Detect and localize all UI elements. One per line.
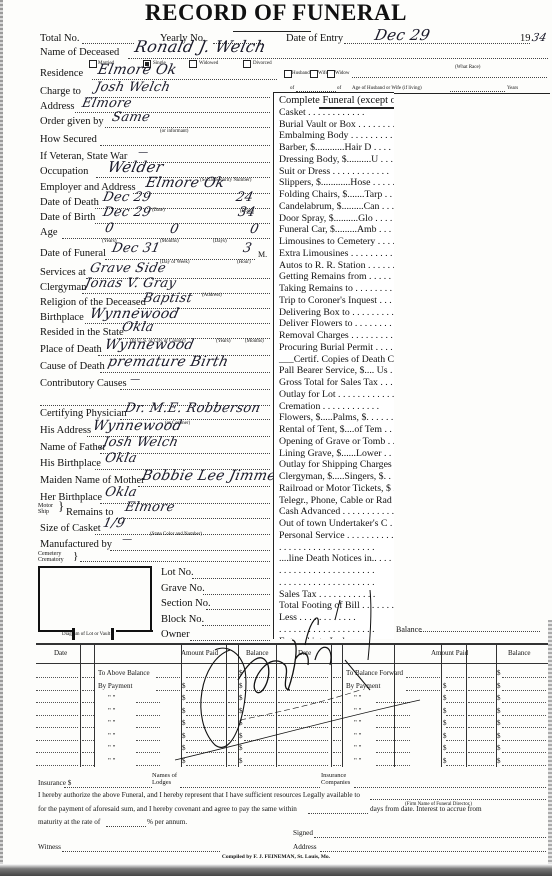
ledger-right-row-label: " ": [354, 744, 361, 752]
ledger-left-balance-currency: $: [239, 707, 243, 715]
charge-item: Candelabrum, $.........Can . . . . . . .…: [279, 201, 394, 212]
ledger-entry-field[interactable]: [446, 764, 464, 766]
contributory-field[interactable]: [120, 388, 270, 390]
ledger-entry-field[interactable]: [468, 714, 494, 716]
his-birthplace-value[interactable]: Okla: [104, 452, 139, 466]
ledger-entry-field[interactable]: [376, 701, 410, 703]
days-field[interactable]: [308, 812, 368, 814]
witness-label: Witness: [38, 843, 61, 852]
charge-item: Personal Service . . . . . . . . . . . .: [279, 530, 394, 541]
ledger-entry-field[interactable]: [244, 701, 274, 703]
charge-item: Barber, $............Hair D . . . . . . …: [279, 142, 394, 153]
ledger-entry-field[interactable]: [36, 689, 78, 691]
charge-item: Taking Remains to . . . . . . . . . . . …: [279, 283, 394, 294]
ledger-right-row-label: " ": [354, 694, 361, 702]
informant-note: (or informant): [160, 129, 188, 135]
resided-months-note: (Months): [245, 339, 264, 345]
order-given-by-value[interactable]: Same: [111, 111, 152, 125]
ledger-left-amount-currency: $: [182, 694, 186, 702]
scan-edge-left: [0, 0, 3, 876]
ledger-entry-field[interactable]: [136, 714, 160, 716]
date-of-birth-year[interactable]: 34: [237, 206, 257, 220]
ledger-left-amount-header: Amount Paid: [181, 649, 218, 657]
ledger-right-row-label: " ": [354, 707, 361, 715]
charge-item: Removal Charges . . . . . . . . . . . .: [279, 330, 394, 341]
ledger-entry-field[interactable]: [278, 676, 328, 678]
cause-of-death-label: Cause of Death: [40, 361, 105, 373]
charge-item: Extra Limousines . . . . . . . . . . . .: [279, 248, 394, 259]
ledger-entry-field[interactable]: [278, 764, 328, 766]
charge-item: Funeral Car, $.........Amb . . . . . . .…: [279, 224, 394, 235]
address-label: Address: [40, 101, 74, 113]
year-value[interactable]: 34: [531, 31, 549, 45]
lot-diagram-box: [38, 566, 152, 632]
ledger-entry-field[interactable]: [156, 676, 180, 678]
ledger-entry-field[interactable]: [468, 676, 494, 678]
ledger-entry-field[interactable]: [333, 764, 341, 766]
ledger-entry-field[interactable]: [333, 701, 341, 703]
ledger-entry-field[interactable]: [376, 764, 410, 766]
charge-item: Dressing Body, $..........U . . . . . . …: [279, 154, 394, 165]
ledger-entry-field[interactable]: [376, 739, 410, 741]
ledger-entry-field[interactable]: [446, 726, 464, 728]
ledger-entry-field[interactable]: [244, 764, 274, 766]
husband-label: Husband: [292, 71, 310, 77]
ledger-entry-field[interactable]: [82, 751, 94, 753]
ledger-entry-field[interactable]: [136, 751, 160, 753]
address-field[interactable]: [75, 111, 270, 113]
ledger-entry-field[interactable]: [82, 701, 94, 703]
balance-field[interactable]: [420, 630, 540, 632]
insurance-companies-label: Insurance Companies: [321, 772, 350, 786]
charge-item: Procuring Burial Permit . . . . . . . . …: [279, 342, 394, 353]
ledger-left-row-label: " ": [108, 757, 115, 765]
date-of-funeral-hour[interactable]: 3: [242, 242, 254, 256]
date-of-birth-label: Date of Birth: [40, 212, 95, 224]
ledger-entry-field[interactable]: [333, 751, 341, 753]
compiled-by: Compiled by F. J. FEINEMAN, St. Louis, M…: [0, 853, 552, 862]
employer-value[interactable]: Elmore Ok: [145, 176, 226, 190]
grave-no-label: Grave No.: [161, 583, 205, 595]
charge-item: Less . . . . . . . . . . . .: [279, 612, 356, 623]
charge-to-label: Charge to: [40, 86, 81, 98]
ledger-right-row-label: " ": [354, 719, 361, 727]
ledger-entry-field[interactable]: [82, 689, 94, 691]
ledger-entry-field[interactable]: [156, 689, 180, 691]
ledger-entry-field[interactable]: [502, 714, 546, 716]
ledger-entry-field[interactable]: [136, 701, 160, 703]
charge-item: Gross Total for Sales Tax . . . . . . . …: [279, 377, 394, 388]
charge-item: Slippers, $............Hose . . . . . . …: [279, 177, 394, 188]
ledger-entry-field[interactable]: [36, 726, 78, 728]
charge-item: Pall Bearer Service, $.... Us . . . . . …: [279, 365, 394, 376]
ledger-left-row-label: " ": [108, 694, 115, 702]
ledger-entry-field[interactable]: [228, 676, 236, 678]
charge-item: Getting Remains from . . . . . . . . . .…: [279, 271, 394, 282]
ledger-left-date-header: Date: [54, 649, 67, 657]
ledger-entry-field[interactable]: [36, 739, 78, 741]
ledger-entry-field[interactable]: [244, 714, 274, 716]
services-at-value[interactable]: Grave Side: [89, 262, 168, 276]
ledger-entry-field[interactable]: [468, 764, 494, 766]
ledger-entry-field[interactable]: [228, 701, 236, 703]
birthplace-label: Birthplace: [40, 312, 84, 324]
funeral-record-page: RECORD OF FUNERAL Total No. Yearly No. D…: [0, 0, 552, 876]
ledger-entry-field[interactable]: [186, 739, 224, 741]
lot-no-field[interactable]: [192, 577, 270, 579]
divorced-checkbox[interactable]: [243, 60, 251, 68]
ledger-entry-field[interactable]: [376, 726, 410, 728]
diagram-label: Diagram of Lot or Vault: [62, 632, 110, 638]
date-of-entry-label: Date of Entry: [286, 33, 343, 45]
casket-note: (State Color and Number): [150, 532, 202, 538]
physician-value[interactable]: Dr. M.E. Robberson: [124, 402, 262, 416]
ledger-left-amount-currency: $: [182, 757, 186, 765]
ledger-entry-field[interactable]: [244, 751, 274, 753]
date-of-entry-value[interactable]: Dec 29: [374, 28, 432, 42]
residence-value[interactable]: Elmore Ok: [97, 63, 178, 77]
ledger-entry-field[interactable]: [278, 739, 328, 741]
date-of-death-label: Date of Death: [40, 197, 99, 209]
contributory-value[interactable]: —: [129, 373, 142, 387]
charge-item: Rental of Tent, $....of Tem . . . . . . …: [279, 424, 394, 435]
ledger-right-balance-currency: $: [497, 707, 501, 715]
ledger-entry-field[interactable]: [406, 676, 440, 678]
charge-item: Entered into Ledger, page......or below.…: [279, 636, 394, 640]
motor-ship-label: Motor Ship: [38, 503, 53, 515]
witness-field[interactable]: [62, 850, 220, 852]
age-days-value[interactable]: 0: [249, 223, 261, 237]
insurance-field[interactable]: [64, 786, 152, 788]
ledger-entry-field[interactable]: [36, 764, 78, 766]
charge-item: Outlay for Shipping Charges . . . . . . …: [279, 459, 394, 470]
ledger-entry-field[interactable]: [278, 701, 328, 703]
ledger-entry-field[interactable]: [446, 714, 464, 716]
maturity-text: maturity at the rate of: [38, 818, 100, 827]
grave-no-field[interactable]: [203, 593, 270, 595]
balance-label: Balance: [396, 624, 422, 636]
ledger-entry-field[interactable]: [136, 739, 160, 741]
ledger-left-amount-currency: $: [182, 732, 186, 740]
cemetery-brace: }: [73, 550, 78, 562]
her-birthplace-value[interactable]: Okla: [104, 486, 139, 500]
scan-edge-right: [548, 620, 552, 876]
ledger-entry-field[interactable]: [502, 751, 546, 753]
signed-field[interactable]: [314, 836, 546, 838]
name-of-deceased-field[interactable]: [128, 57, 548, 59]
ledger-entry-field[interactable]: [333, 739, 341, 741]
ledger-entry-field[interactable]: [278, 689, 328, 691]
ledger-right-balance-currency: $: [497, 669, 501, 677]
hour-note-2: (Hour): [237, 260, 251, 266]
ledger-entry-field[interactable]: [468, 689, 494, 691]
cemetery-field[interactable]: [80, 560, 270, 562]
order-given-by-field[interactable]: [105, 126, 270, 128]
days-text: days from date. Interest to accrue from: [370, 805, 482, 814]
ledger-entry-field[interactable]: [446, 701, 464, 703]
ledger-entry-field[interactable]: [186, 726, 224, 728]
ledger-entry-field[interactable]: [186, 689, 224, 691]
ledger-right-row-label: By Payment: [346, 682, 380, 690]
name-of-deceased-label: Name of Deceased: [40, 47, 119, 59]
date-of-birth-field[interactable]: [95, 222, 270, 224]
charge-to-value[interactable]: Josh Welch: [94, 81, 172, 95]
widow-checkbox[interactable]: [327, 70, 335, 78]
ledger-entry-field[interactable]: [333, 689, 341, 691]
charges-panel: Complete Funeral (except outlCasket . . …: [273, 92, 394, 639]
date-note: (Date): [152, 208, 165, 214]
ledger-entry-field[interactable]: [446, 739, 464, 741]
widow-label: Widow: [335, 71, 350, 77]
his-address-label: His Address: [40, 425, 91, 437]
ledger-entry-field[interactable]: [446, 689, 464, 691]
ledger-entry-field[interactable]: [333, 714, 341, 716]
ledger-left-amount-currency: $: [182, 682, 186, 690]
charge-item: Flowers, $.....Palms, $. . . . . . . . .…: [279, 412, 394, 423]
charge-item: Telegr., Phone, Cable or Rad . . . . . .…: [279, 495, 394, 506]
ledger-entry-field[interactable]: [502, 689, 546, 691]
date-of-funeral-label: Date of Funeral: [40, 248, 106, 260]
authorize-text: I hereby authorize the above Funeral, an…: [38, 791, 360, 800]
lodges-field[interactable]: [180, 786, 320, 788]
ledger-entry-field[interactable]: [468, 739, 494, 741]
ledger-entry-field[interactable]: [36, 701, 78, 703]
charge-item: . . . . . . . . . . . . . . . . . . . .: [279, 542, 375, 553]
ledger-entry-field[interactable]: [278, 751, 328, 753]
date-of-funeral-value[interactable]: Dec 31: [111, 242, 162, 256]
charge-item: Burial Vault or Box . . . . . . . . . . …: [279, 119, 394, 130]
block-no-field[interactable]: [202, 624, 270, 626]
ledger-entry-field[interactable]: [468, 751, 494, 753]
manufactured-by-field[interactable]: [110, 549, 270, 551]
race-field[interactable]: [352, 76, 547, 78]
ledger-right-balance-currency: $: [497, 732, 501, 740]
married-checkbox[interactable]: [89, 60, 97, 68]
ledger-entry-field[interactable]: [136, 726, 160, 728]
ledger-right-balance-currency: $: [497, 682, 501, 690]
ledger-entry-field[interactable]: [82, 739, 94, 741]
ledger-entry-field[interactable]: [333, 676, 341, 678]
ledger-right-balance-currency: $: [497, 719, 501, 727]
percent-text: % per annum.: [147, 818, 187, 827]
widowed-label: Widowed: [199, 61, 218, 67]
motor-ship-brace: }: [58, 500, 64, 512]
date-of-entry-field[interactable]: [344, 42, 530, 44]
ledger-entry-field[interactable]: [244, 676, 274, 678]
resided-value[interactable]: Okla: [121, 321, 156, 335]
m-suffix: M.: [258, 249, 267, 261]
ledger-entry-field[interactable]: [502, 726, 546, 728]
ledger-left-balance-currency: $: [239, 669, 243, 677]
ledger-entry-field[interactable]: [278, 726, 328, 728]
birthplace-value[interactable]: Wynnewood: [89, 307, 181, 321]
cause-of-death-value[interactable]: premature Birth: [107, 355, 230, 369]
remains-to-field[interactable]: [116, 517, 270, 519]
occupation-value[interactable]: Welder: [107, 160, 165, 174]
size-of-casket-label: Size of Casket: [40, 523, 101, 535]
date-of-birth-value[interactable]: Dec 29: [102, 206, 153, 220]
ledger-entry-field[interactable]: [228, 751, 236, 753]
widowed-checkbox[interactable]: [189, 60, 197, 68]
charge-item: Door Spray, $..........Glo . . . . . . .…: [279, 213, 394, 224]
ledger-entry-field[interactable]: [82, 726, 94, 728]
ledger-entry-field[interactable]: [502, 739, 546, 741]
owner-label: Owner: [161, 629, 190, 641]
title-rule: [233, 31, 311, 32]
residence-label: Residence: [40, 68, 83, 80]
ledger-left-amount-currency: $: [182, 707, 186, 715]
his-address-value[interactable]: Wynnewood: [92, 419, 184, 433]
years-label: Years: [507, 86, 518, 92]
owner-field[interactable]: [190, 639, 270, 641]
ledger-entry-field[interactable]: [376, 714, 410, 716]
form-title: RECORD OF FUNERAL: [0, 0, 552, 26]
how-secured-label: How Secured: [40, 134, 97, 146]
husband-checkbox[interactable]: [284, 70, 292, 78]
size-of-casket-value[interactable]: 1/9: [102, 517, 127, 531]
ledger-entry-field[interactable]: [186, 701, 224, 703]
ledger-right-row-label: To Balance Forward: [346, 669, 403, 677]
ledger-entry-field[interactable]: [36, 676, 78, 678]
ledger-right-row-label: " ": [354, 732, 361, 740]
ledger-entry-field[interactable]: [186, 676, 224, 678]
ledger-entry-field[interactable]: [186, 764, 224, 766]
date-of-death-value[interactable]: Dec 29: [102, 191, 153, 205]
cause-of-death-field[interactable]: [100, 371, 270, 373]
ledger-right-balance-currency: $: [497, 744, 501, 752]
age-spouse-field[interactable]: [450, 90, 505, 92]
religion-value[interactable]: Baptist: [142, 292, 194, 306]
ledger-left-amount-currency: $: [182, 719, 186, 727]
how-secured-field[interactable]: [100, 144, 270, 146]
insurance-companies-field[interactable]: [354, 786, 546, 788]
footer-address-field[interactable]: [320, 850, 546, 852]
age-years-value[interactable]: 0: [104, 222, 116, 236]
ledger-entry-field[interactable]: [333, 726, 341, 728]
ledger-entry-field[interactable]: [82, 764, 94, 766]
ledger-entry-field[interactable]: [502, 676, 546, 678]
ledger-entry-field[interactable]: [244, 689, 274, 691]
clergyman-address-note: (Address): [202, 293, 222, 299]
wife-checkbox[interactable]: [310, 70, 318, 78]
ledger-entry-field[interactable]: [82, 676, 94, 678]
ledger-left-balance-currency: $: [239, 744, 243, 752]
ledger-entry-field[interactable]: [136, 764, 160, 766]
ledger-entry-field[interactable]: [82, 714, 94, 716]
scan-edge-bottom: [0, 864, 552, 876]
ledger-left-balance-currency: $: [239, 719, 243, 727]
names-of-lodges-label: Names of Lodges: [152, 772, 177, 786]
ledger-entry-field[interactable]: [244, 726, 274, 728]
ledger-entry-field[interactable]: [36, 714, 78, 716]
ledger-left-row-label: By Payment: [98, 682, 132, 690]
ledger-entry-field[interactable]: [228, 714, 236, 716]
place-of-death-value[interactable]: Wynnewood: [104, 338, 196, 352]
age-months-value[interactable]: 0: [169, 223, 181, 237]
ledger-entry-field[interactable]: [244, 739, 274, 741]
remains-to-value[interactable]: Elmore: [124, 501, 176, 515]
occupation-label: Occupation: [40, 166, 88, 178]
total-no-field[interactable]: [82, 42, 134, 44]
ledger-entry-field[interactable]: [186, 751, 224, 753]
charge-item: Complete Funeral (except outl: [279, 95, 394, 106]
charge-item: Opening of Grave or Tomb . . . . . . . .…: [279, 436, 394, 447]
charge-item: Folding Chairs, $.......Tarp . . . . . .…: [279, 189, 394, 200]
ledger-entry-field[interactable]: [228, 726, 236, 728]
interest-rate-field[interactable]: [106, 825, 146, 827]
section-no-field[interactable]: [206, 608, 270, 610]
ledger-entry-field[interactable]: [468, 726, 494, 728]
divorced-label: Divorced: [253, 61, 272, 67]
charge-item: ___Certif. Copies of Death Cer . . . . .…: [279, 354, 394, 365]
ledger-left-row-label: " ": [108, 732, 115, 740]
section-no-label: Section No.: [161, 598, 211, 610]
charge-item: . . . . . . . . . . . . . . . . . . . .: [279, 565, 375, 576]
mother-field[interactable]: [138, 485, 270, 487]
ledger-entry-field[interactable]: [36, 751, 78, 753]
charge-item: Casket . . . . . . . . . . . .: [279, 107, 364, 118]
crematory-label: Crematory: [38, 557, 64, 563]
charge-item: Delivering Box to . . . . . . . . . . . …: [279, 307, 394, 318]
firm-name-field[interactable]: [370, 798, 546, 800]
ledger-entry-field[interactable]: [446, 751, 464, 753]
charge-item: Total Footing of Bill . . . . . . . . . …: [279, 600, 394, 611]
footer-address-label: Address: [293, 843, 317, 852]
block-no-label: Block No.: [161, 614, 204, 626]
ledger-left-row-label: " ": [108, 707, 115, 715]
clergyman-label: Clergyman: [40, 282, 86, 294]
contributory-label: Contributory Causes: [40, 378, 127, 390]
charge-item: Deliver Flowers to . . . . . . . . . . .…: [279, 318, 394, 329]
ledger-entry-field[interactable]: [502, 701, 546, 703]
ledger-entry-field[interactable]: [186, 714, 224, 716]
charge-item: Cremation . . . . . . . . . . . .: [279, 401, 379, 412]
lot-diagram-notch-right: [111, 628, 114, 640]
ledger-entry-field[interactable]: [446, 676, 464, 678]
date-of-death-hour[interactable]: 24: [235, 191, 255, 205]
ledger-entry-field[interactable]: [468, 701, 494, 703]
ledger-entry-field[interactable]: [278, 714, 328, 716]
ledger-right-row-label: " ": [354, 757, 361, 765]
ledger-header-rule: [36, 663, 548, 664]
ledger-right-date-header: Date: [298, 649, 311, 657]
charge-item: Sales Tax . . . . . . . . . . . .: [279, 589, 375, 600]
father-value[interactable]: Josh Welch: [102, 436, 180, 450]
ledger-entry-field[interactable]: [228, 739, 236, 741]
payment-text: for the payment of aforesaid sum, and I …: [38, 805, 297, 814]
payment-ledger: DateAmount PaidBalanceDateAmount PaidBal…: [36, 643, 548, 767]
charge-item: Clergyman, $.....Singers, $. . . . . . .…: [279, 471, 394, 482]
charge-item: Outlay for Lot . . . . . . . . . . . .: [279, 389, 394, 400]
manufactured-by-value[interactable]: —: [121, 533, 134, 547]
ledger-left-balance-currency: $: [239, 682, 243, 690]
ledger-entry-field[interactable]: [406, 689, 440, 691]
charge-item: Lining Grave, $......Lower . . . . . . .…: [279, 448, 394, 459]
clergyman-value[interactable]: Jonas V. Gray: [84, 277, 178, 291]
address-value[interactable]: Elmore: [81, 97, 133, 111]
ledger-entry-field[interactable]: [228, 764, 236, 766]
ledger-entry-field[interactable]: [228, 689, 236, 691]
ledger-entry-field[interactable]: [376, 751, 410, 753]
charge-item: Railroad or Motor Tickets, $ . . . . . .…: [279, 483, 394, 494]
name-of-deceased-value[interactable]: Ronald J. Welch: [134, 40, 268, 54]
resided-years-note: (Years): [216, 339, 231, 345]
services-at-label: Services at: [40, 267, 86, 279]
ledger-right-amount-header: Amount Paid: [431, 649, 468, 657]
signed-label: Signed: [293, 829, 313, 838]
ledger-entry-field[interactable]: [502, 764, 546, 766]
birthplace-field[interactable]: [85, 322, 270, 324]
